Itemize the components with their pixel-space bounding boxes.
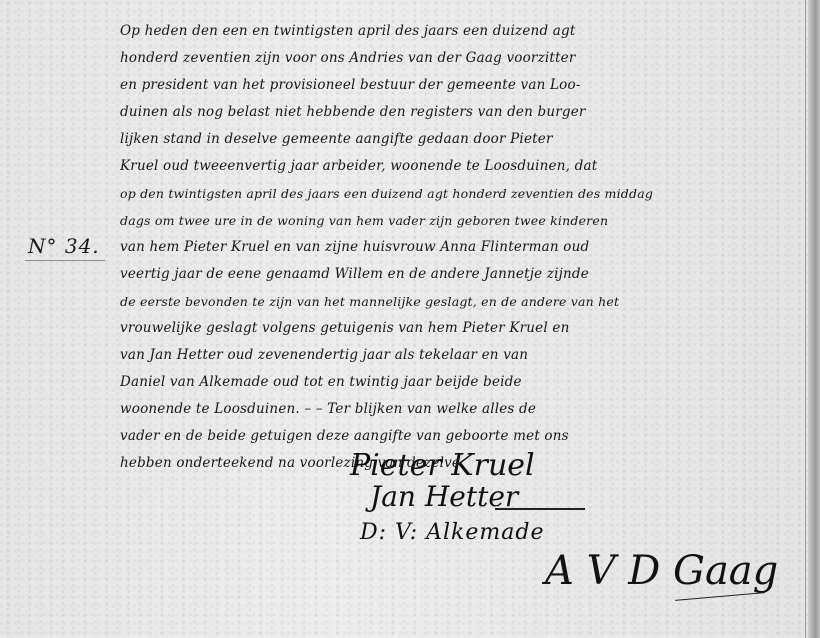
signature-flourish [495,508,585,510]
record-line: vrouwelijke geslagt volgens getuigenis v… [120,315,800,342]
record-line: op den twintigsten april des jaars een d… [120,180,800,207]
page-binding-line [805,0,806,638]
record-line: honderd zeventien zijn voor ons Andries … [120,45,800,72]
record-line: dags om twee ure in de woning van hem va… [120,207,800,234]
record-line: vader en de beide getuigen deze aangifte… [120,423,800,450]
signature-witness-2: D: V: Alkemade [360,520,544,545]
record-line: Daniel van Alkemade oud tot en twintig j… [120,369,800,396]
record-line: duinen als nog belast niet hebbende den … [120,99,800,126]
record-line: van Jan Hetter oud zevenendertig jaar al… [120,342,800,369]
margin-divider [25,260,105,261]
record-line: Op heden den een en twintigsten april de… [120,18,800,45]
page-binding-edge [808,0,820,638]
record-line: veertig jaar de eene genaamd Willem en d… [120,261,800,288]
record-line: woonende te Loosduinen. – – Ter blijken … [120,396,800,423]
record-line: Kruel oud tweeenvertig jaar arbeider, wo… [120,153,800,180]
scanned-document-page: N° 34. Op heden den een en twintigsten a… [0,0,820,638]
record-line: en president van het provisioneel bestuu… [120,72,800,99]
record-line: lijken stand in deselve gemeente aangift… [120,126,800,153]
record-line: de eerste bevonden te zijn van het manne… [120,288,800,315]
act-number: N° 34. [28,234,100,258]
signature-father: Pieter Kruel [350,448,535,483]
record-line: van hem Pieter Kruel en van zijne huisvr… [120,234,800,261]
record-body: Op heden den een en twintigsten april de… [120,18,800,477]
signature-registrar: A V D Gaag [545,548,778,594]
